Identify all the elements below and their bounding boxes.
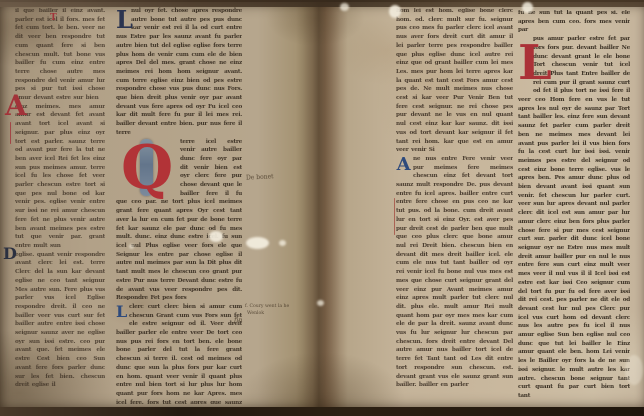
initial-col4: L bbox=[518, 35, 531, 92]
page-top-edge bbox=[0, 0, 644, 7]
text-column-3: hom lei est hom. eglise bone clerc hom. … bbox=[396, 7, 513, 404]
initial-col3: A bbox=[396, 155, 411, 174]
initial-col2-top: L bbox=[116, 7, 129, 33]
gutter-note-mid-1: f. Coury went la he bbox=[245, 304, 289, 309]
damage-spot-6 bbox=[279, 240, 286, 246]
initial-q: Q bbox=[116, 138, 178, 198]
damage-spot-4 bbox=[209, 231, 223, 242]
initial-col2-bottom: L bbox=[116, 303, 127, 321]
damage-spot-9 bbox=[625, 355, 643, 385]
gutter-note-fin: fin bbox=[234, 316, 243, 324]
damage-spot-2 bbox=[389, 5, 401, 18]
damage-spot-1 bbox=[340, 3, 349, 11]
damage-spot-7 bbox=[317, 300, 324, 306]
text-column-4: fu ne sun tut la quant pes si. ele apres… bbox=[518, 9, 630, 404]
damage-spot-5 bbox=[246, 237, 269, 249]
text-column-2: Lnul oyr fet. chose apres respondre autr… bbox=[116, 7, 242, 404]
gutter-note-mid-2: Wenlok bbox=[247, 311, 264, 316]
manuscript-photo: il que bailler il einz avant. parler est… bbox=[0, 0, 644, 416]
damage-spot-8 bbox=[129, 244, 134, 249]
text-column-1: il que bailler il einz avant. parler est… bbox=[15, 7, 105, 404]
margin-initial-a: A bbox=[5, 92, 27, 120]
damage-spot-3 bbox=[522, 2, 533, 13]
photo-bottom-edge bbox=[0, 407, 644, 416]
center-fold-shadow bbox=[296, 2, 340, 409]
gutter-note-top: De bonet bbox=[246, 173, 274, 181]
rubric-t: T bbox=[50, 14, 57, 23]
margin-initial-d: D bbox=[3, 246, 17, 262]
